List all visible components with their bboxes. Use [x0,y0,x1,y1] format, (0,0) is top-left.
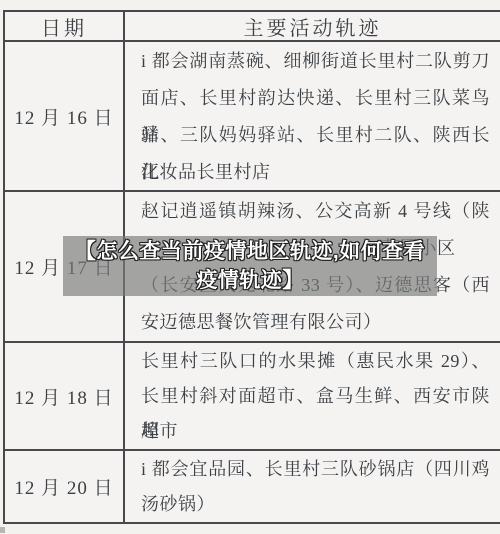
activity-line: 面店、长里村韵达快递、长里村三队菜鸟驿 [141,80,490,117]
watermark-text-line1: 【怎么查当前疫情地区轨迹,如何查看 [75,237,425,266]
date-cell: 12 月 20 日 [5,451,125,522]
activity-line: 长里村三队口的水果摊（惠民水果 29）、 [141,344,490,379]
table-header-row: 日期 主要活动轨迹 [5,12,500,42]
table-row: 12 月 20 日 i 都会宜品园、长里村三队砂锅店（四川鸡 汤砂锅） [5,451,500,522]
header-cell-date: 日期 [5,12,125,40]
activity-line: 汤砂锅） [141,487,490,522]
activity-line: 站、三队妈妈驿站、长里村二队、陕西长江 [141,117,490,154]
date-cell: 12 月 18 日 [5,343,125,449]
table-row: 12 月 16 日 i 都会湖南蒸碗、细柳街道长里村二队剪刀 面店、长里村韵达快… [5,42,500,192]
table-row: 12 月 18 日 长里村三队口的水果摊（惠民水果 29）、 长里村斜对面超市、… [5,343,500,451]
activity-line: 超市 [141,414,490,449]
activity-line: i 都会湖南蒸碗、细柳街道长里村二队剪刀 [141,43,490,80]
activity-line: 赵记逍遥镇胡辣汤、公交高新 4 号线（陕 [141,193,490,230]
activity-cell: i 都会湖南蒸碗、细柳街道长里村二队剪刀 面店、长里村韵达快递、长里村三队菜鸟驿… [125,42,500,190]
activity-line: 安迈德思餐饮管理有限公司） [141,304,490,341]
date-cell: 12 月 16 日 [5,42,125,190]
page: 日期 主要活动轨迹 12 月 16 日 i 都会湖南蒸碗、细柳街道长里村二队剪刀… [0,0,500,534]
activity-cell: 长里村三队口的水果摊（惠民水果 29）、 长里村斜对面超市、盒马生鲜、西安市陕埠… [125,343,500,449]
watermark-text-line2: 疫情轨迹】 [196,266,304,295]
photo-corner-artifact [0,527,5,533]
activity-cell: i 都会宜品园、长里村三队砂锅店（四川鸡 汤砂锅） [125,451,500,522]
activity-line: 长里村斜对面超市、盒马生鲜、西安市陕埠 [141,379,490,414]
activity-line: 化妆品长里村店 [141,154,490,190]
header-cell-activity: 主要活动轨迹 [125,12,500,40]
activity-line: i 都会宜品园、长里村三队砂锅店（四川鸡 [141,452,490,487]
watermark-banner: 【怎么查当前疫情地区轨迹,如何查看 疫情轨迹】 [63,236,437,296]
